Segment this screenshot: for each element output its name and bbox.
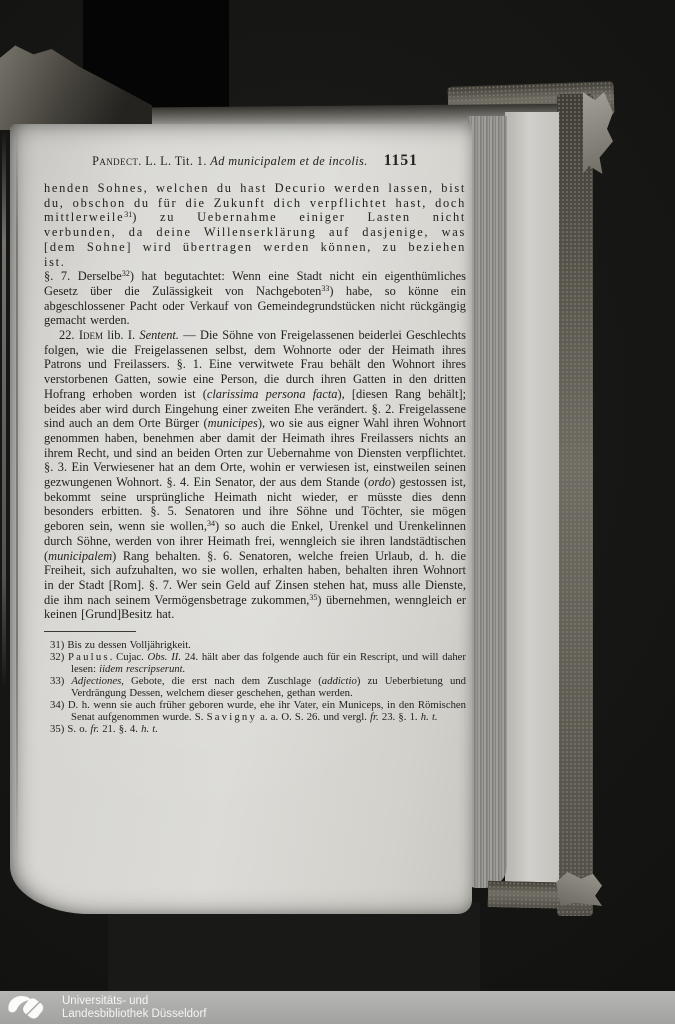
page-content: Pandect. L. L. Tit. 1. Ad municipalem et… <box>44 152 466 735</box>
body-paragraph: henden Sohnes, welchen du hast Decurio w… <box>44 181 466 269</box>
footnote-number: 35) <box>50 723 67 735</box>
adjacent-page-edge <box>2 130 6 690</box>
footnotes: 31) Bis zu dessen Volljährigkeit.32) Pau… <box>50 639 466 735</box>
body-paragraph: §. 7. Derselbe32) hat begutachtet: Wenn … <box>44 269 466 328</box>
page-header: Pandect. L. L. Tit. 1. Ad municipalem et… <box>44 152 466 170</box>
book-page-edges <box>468 116 507 888</box>
footer-line2: Landesbibliothek Düsseldorf <box>62 1008 206 1021</box>
footnote-number: 32) <box>50 651 68 663</box>
book-page-block <box>505 112 559 896</box>
scan-shadow-strip <box>108 902 480 991</box>
book-page: Pandect. L. L. Tit. 1. Ad municipalem et… <box>10 124 472 914</box>
book-cover-fray-top-right <box>583 92 613 174</box>
footnote: 32) Paulus. Cujac. Obs. II. 24. hält abe… <box>50 651 466 675</box>
footer-library-name: Universitäts- und Landesbibliothek Düsse… <box>62 995 206 1021</box>
book-cover-right-edge <box>557 94 593 916</box>
body-text: henden Sohnes, welchen du hast Decurio w… <box>44 181 466 622</box>
page-number: 1151 <box>384 152 418 170</box>
ulb-duesseldorf-logo-icon <box>6 993 52 1023</box>
scanned-book-photo: { "colors":{ "scan_background":"#141412"… <box>0 0 675 1024</box>
footnote: 33) Adjectiones, Gebote, die erst nach d… <box>50 675 466 699</box>
footnote: 34) D. h. wenn sie auch früher geboren w… <box>50 699 466 723</box>
footnote-number: 31) <box>50 639 67 651</box>
footnote: 31) Bis zu dessen Volljährigkeit. <box>50 639 466 651</box>
footer-line1: Universitäts- und <box>62 995 206 1008</box>
footnote: 35) S. o. fr. 21. §. 4. h. t. <box>50 723 466 735</box>
running-title: Pandect. L. L. Tit. 1. Ad municipalem et… <box>92 154 368 169</box>
footnote-number: 33) <box>50 675 71 687</box>
footnote-rule <box>44 631 136 632</box>
footnote-number: 34) <box>50 699 68 711</box>
body-paragraph: 22. Idem lib. I. Sentent. — Die Söhne vo… <box>44 328 466 622</box>
library-footer-bar: Universitäts- und Landesbibliothek Düsse… <box>0 991 675 1024</box>
